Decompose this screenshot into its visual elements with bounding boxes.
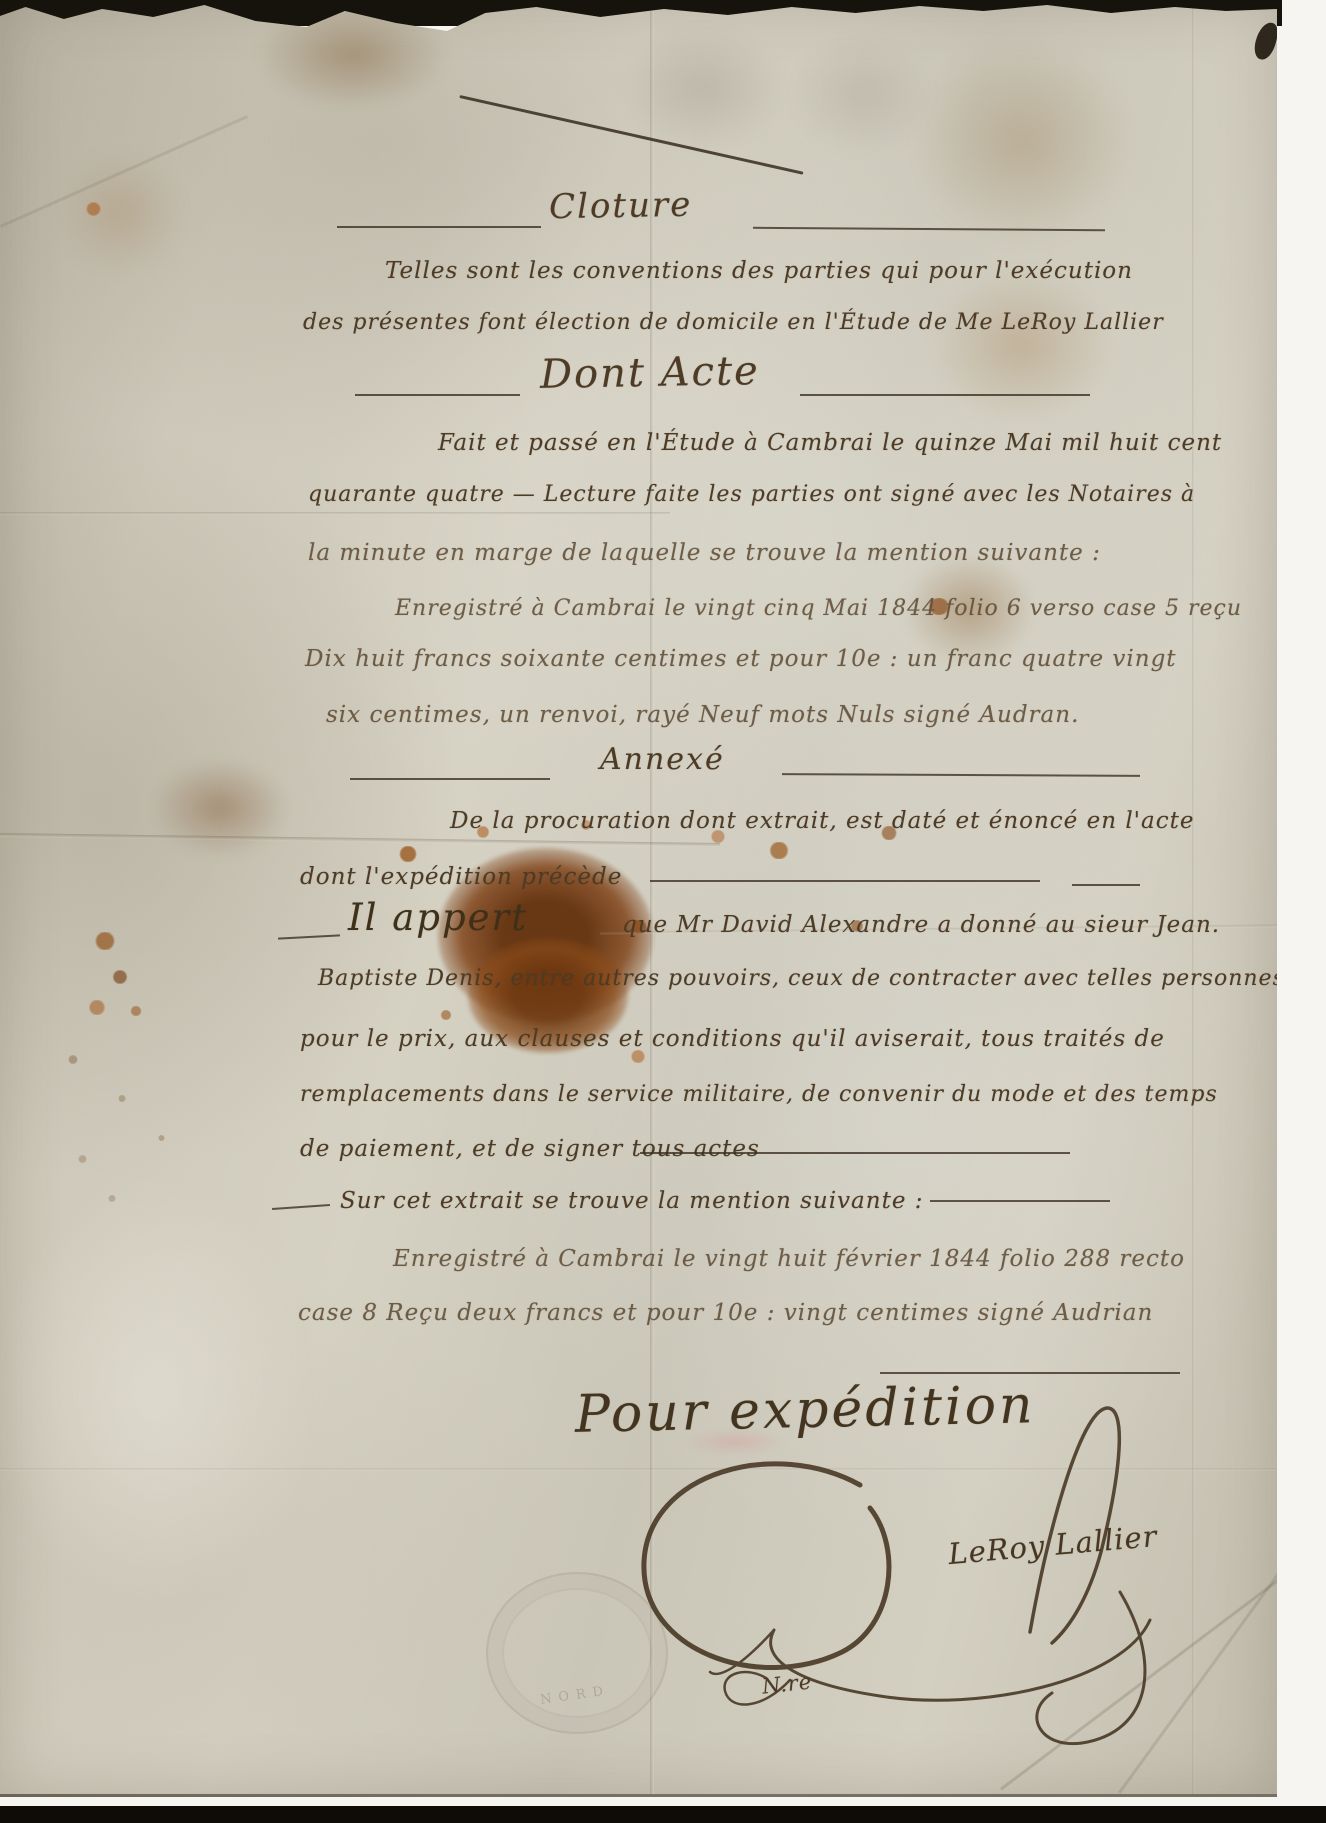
stain-right-top (915, 40, 1130, 245)
body-line: Telles sont les conventions des parties … (385, 258, 1133, 284)
heading-dont-acte: Dont Acte (540, 348, 761, 398)
rule-annexe-left (350, 778, 550, 780)
rule-beside-pour-expedition (880, 1372, 1180, 1374)
dots-bottom-left (48, 1035, 238, 1235)
rust-dot-left-edge (86, 202, 101, 216)
rule-before-il-appert (278, 934, 340, 939)
horizontal-crease-2 (0, 833, 720, 847)
body-line: Fait et passé en l'Étude à Cambrai le qu… (438, 430, 1222, 456)
body-line: dont l'expédition précède (300, 864, 622, 890)
horizontal-crease-1 (0, 512, 670, 515)
heading-annexe: Annexé (600, 742, 725, 777)
body-line: la minute en marge de laquelle se trouve… (308, 540, 1101, 566)
rule-after-sur-cet-extrait (930, 1200, 1110, 1202)
body-line: De la procuration dont extrait, est daté… (450, 808, 1194, 834)
rust-dots-left-cluster (78, 918, 178, 1033)
stain-left-upper (55, 150, 185, 275)
rule-after-signer-actes (640, 1152, 1070, 1154)
body-line: Enregistré à Cambrai le vingt huit févri… (393, 1246, 1185, 1272)
rust-speckles (380, 800, 920, 1100)
rule-annexe-right (782, 773, 1140, 777)
body-line: Baptiste Denis, entre autres pouvoirs, c… (318, 966, 1285, 991)
body-line: Dix huit francs soixante centimes et pou… (305, 646, 1177, 672)
ink-blot-right-edge (1252, 20, 1281, 62)
stain-left-margin (150, 758, 290, 858)
rule-after-expedition-precede-2 (1072, 884, 1140, 886)
rule-dontacte-left (355, 394, 520, 396)
body-line: de paiement, et de signer tous actes (300, 1136, 760, 1162)
waterstain-bottom-left (0, 1180, 310, 1610)
heading-cloture: Cloture (549, 185, 693, 227)
paper-sheet: Cloture Telles sont les conventions des … (0, 0, 1277, 1797)
phrase-il-appert: Il appert (348, 896, 528, 939)
body-line: case 8 Reçu deux francs et pour 10e : vi… (298, 1300, 1153, 1326)
body-line: que Mr David Alexandre a donné au sieur … (622, 912, 1220, 938)
body-line: Sur cet extrait se trouve la mention sui… (340, 1188, 924, 1214)
body-line: six centimes, un renvoi, rayé Neuf mots … (326, 702, 1079, 728)
bleedthrough-ghost-2 (790, 32, 935, 157)
body-line: remplacements dans le service militaire,… (300, 1082, 1218, 1107)
diagonal-crease-top-left (0, 115, 248, 228)
stain-right-mid (928, 268, 1113, 423)
pen-stroke-diagonal (459, 95, 803, 174)
rule-cloture-left (337, 226, 541, 228)
rule-dontacte-right (800, 394, 1090, 396)
body-line: des présentes font élection de domicile … (303, 310, 1164, 335)
body-line: Enregistré à Cambrai le vingt cinq Mai 1… (395, 596, 1242, 621)
bleedthrough-ghost-1 (620, 25, 785, 150)
body-line: pour le prix, aux clauses et conditions … (300, 1026, 1165, 1052)
rule-after-expedition-precede (650, 880, 1040, 882)
scanned-manuscript-page: Cloture Telles sont les conventions des … (0, 0, 1326, 1823)
scanner-bottom-band (0, 1806, 1326, 1823)
body-line: quarante quatre — Lecture faite les part… (308, 482, 1195, 507)
rule-cloture-right (753, 227, 1105, 231)
rule-before-sur-cet-extrait (272, 1204, 330, 1210)
signature-flourish (560, 1380, 1280, 1800)
